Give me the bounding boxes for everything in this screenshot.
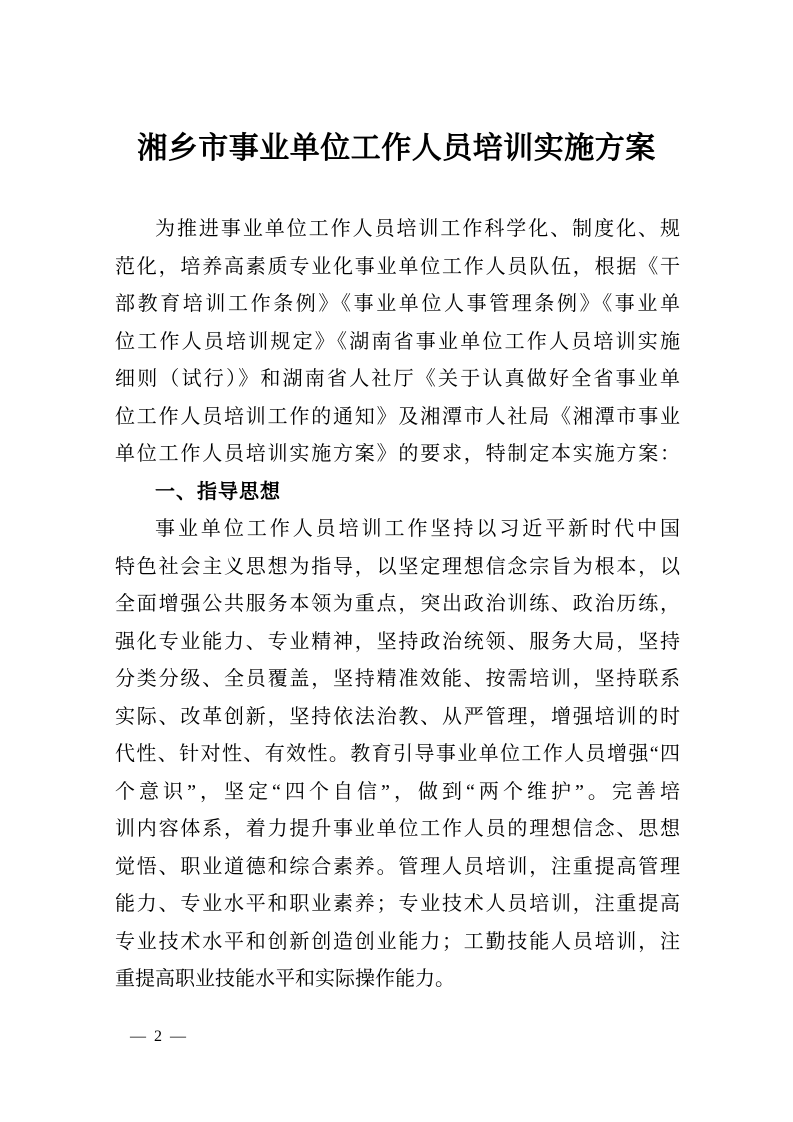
body-line: 特色社会主义思想为指导，以坚定理想信念宗旨为根本，以 bbox=[115, 549, 680, 587]
body-line: 重提高职业技能水平和实际操作能力。 bbox=[115, 961, 680, 999]
body-line: 细则（试行）》和湖南省人社厅《关于认真做好全省事业单 bbox=[115, 361, 680, 399]
body-line: 为推进事业单位工作人员培训工作科学化、制度化、规 bbox=[115, 211, 680, 249]
body-line: 强化专业能力、专业精神，坚持政治统领、服务大局，坚持 bbox=[115, 624, 680, 662]
body-line: 范化，培养高素质专业化事业单位工作人员队伍，根据《干 bbox=[115, 249, 680, 287]
body-line: 能力、专业水平和职业素养；专业技术人员培训，注重提高 bbox=[115, 886, 680, 924]
body-line: 部教育培训工作条例》《事业单位人事管理条例》《事业单 bbox=[115, 286, 680, 324]
body-line: 专业技术水平和创新创造创业能力；工勤技能人员培训，注 bbox=[115, 924, 680, 962]
body-line: 实际、改革创新，坚持依法治教、从严管理，增强培训的时 bbox=[115, 699, 680, 737]
document-title: 湘乡市事业单位工作人员培训实施方案 bbox=[0, 127, 793, 171]
body-line: 分类分级、全员覆盖，坚持精准效能、按需培训，坚持联系 bbox=[115, 661, 680, 699]
body-line: 训内容体系，着力提升事业单位工作人员的理想信念、思想 bbox=[115, 811, 680, 849]
document-body: 为推进事业单位工作人员培训工作科学化、制度化、规范化，培养高素质专业化事业单位工… bbox=[115, 211, 680, 999]
body-line: 觉悟、职业道德和综合素养。管理人员培训，注重提高管理 bbox=[115, 849, 680, 887]
document-page: 湘乡市事业单位工作人员培训实施方案 为推进事业单位工作人员培训工作科学化、制度化… bbox=[0, 0, 793, 1122]
body-line: 个意识”，坚定“四个自信”，做到“两个维护”。完善培 bbox=[115, 774, 680, 812]
body-line: 位工作人员培训工作的通知》及湘潭市人社局《湘潭市事业 bbox=[115, 399, 680, 437]
section-heading: 一、指导思想 bbox=[115, 474, 680, 512]
body-line: 位工作人员培训规定》《湖南省事业单位工作人员培训实施 bbox=[115, 324, 680, 362]
body-line: 代性、针对性、有效性。教育引导事业单位工作人员增强“四 bbox=[115, 736, 680, 774]
body-line: 单位工作人员培训实施方案》的要求，特制定本实施方案： bbox=[115, 436, 680, 474]
body-line: 事业单位工作人员培训工作坚持以习近平新时代中国 bbox=[115, 511, 680, 549]
page-number: — 2 — bbox=[130, 1026, 188, 1048]
body-line: 全面增强公共服务本领为重点，突出政治训练、政治历练， bbox=[115, 586, 680, 624]
